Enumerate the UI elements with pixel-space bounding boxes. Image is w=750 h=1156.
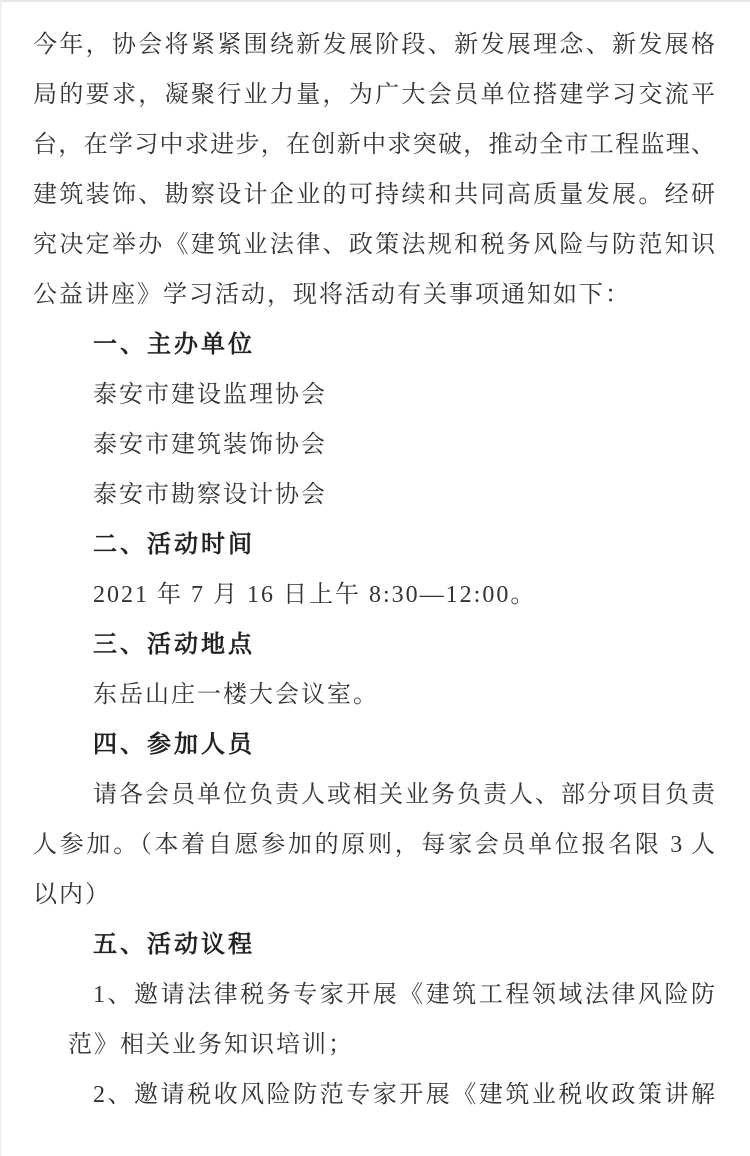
body-line: 以内） bbox=[33, 870, 715, 920]
organizer-item: 泰安市建筑装饰协会 bbox=[33, 420, 715, 470]
section-heading-5: 五、活动议程 bbox=[33, 920, 715, 970]
section-heading-2: 二、活动时间 bbox=[33, 520, 715, 570]
organizer-item: 泰安市勘察设计协会 bbox=[33, 470, 715, 520]
scan-edge-top bbox=[0, 0, 750, 2]
agenda-item-2: 2、邀请税收风险防范专家开展《建筑业税收政策讲解 bbox=[33, 1070, 715, 1120]
body-line: 人参加。（本着自愿参加的原则，每家会员单位报名限 3 人 bbox=[33, 820, 715, 870]
body-line: 公益讲座》学习活动，现将活动有关事项通知如下： bbox=[33, 270, 715, 320]
document-body: 今年，协会将紧紧围绕新发展阶段、新发展理念、新发展格局的要求，凝聚行业力量，为广… bbox=[33, 20, 715, 1120]
section-heading-4: 四、参加人员 bbox=[33, 720, 715, 770]
section-heading-1: 一、主办单位 bbox=[33, 320, 715, 370]
body-line: 今年，协会将紧紧围绕新发展阶段、新发展理念、新发展格 bbox=[33, 20, 715, 70]
body-line: 请各会员单位负责人或相关业务负责人、部分项目负责 bbox=[33, 770, 715, 820]
section-heading-3: 三、活动地点 bbox=[33, 620, 715, 670]
organizer-item: 泰安市建设监理协会 bbox=[33, 370, 715, 420]
body-line: 究决定举办《建筑业法律、政策法规和税务风险与防范知识 bbox=[33, 220, 715, 270]
body-line: 台，在学习中求进步，在创新中求突破，推动全市工程监理、 bbox=[33, 120, 715, 170]
document-page: 今年，协会将紧紧围绕新发展阶段、新发展理念、新发展格局的要求，凝聚行业力量，为广… bbox=[0, 0, 750, 1156]
scan-edge-left bbox=[0, 0, 2, 1156]
agenda-item-1-cont: 范》相关业务知识培训； bbox=[33, 1020, 715, 1070]
agenda-item-1: 1、邀请法律税务专家开展《建筑工程领域法律风险防 bbox=[33, 970, 715, 1020]
event-location: 东岳山庄一楼大会议室。 bbox=[33, 670, 715, 720]
event-time: 2021 年 7 月 16 日上午 8:30—12:00。 bbox=[33, 570, 715, 620]
body-line: 局的要求，凝聚行业力量，为广大会员单位搭建学习交流平 bbox=[33, 70, 715, 120]
body-line: 建筑装饰、勘察设计企业的可持续和共同高质量发展。经研 bbox=[33, 170, 715, 220]
